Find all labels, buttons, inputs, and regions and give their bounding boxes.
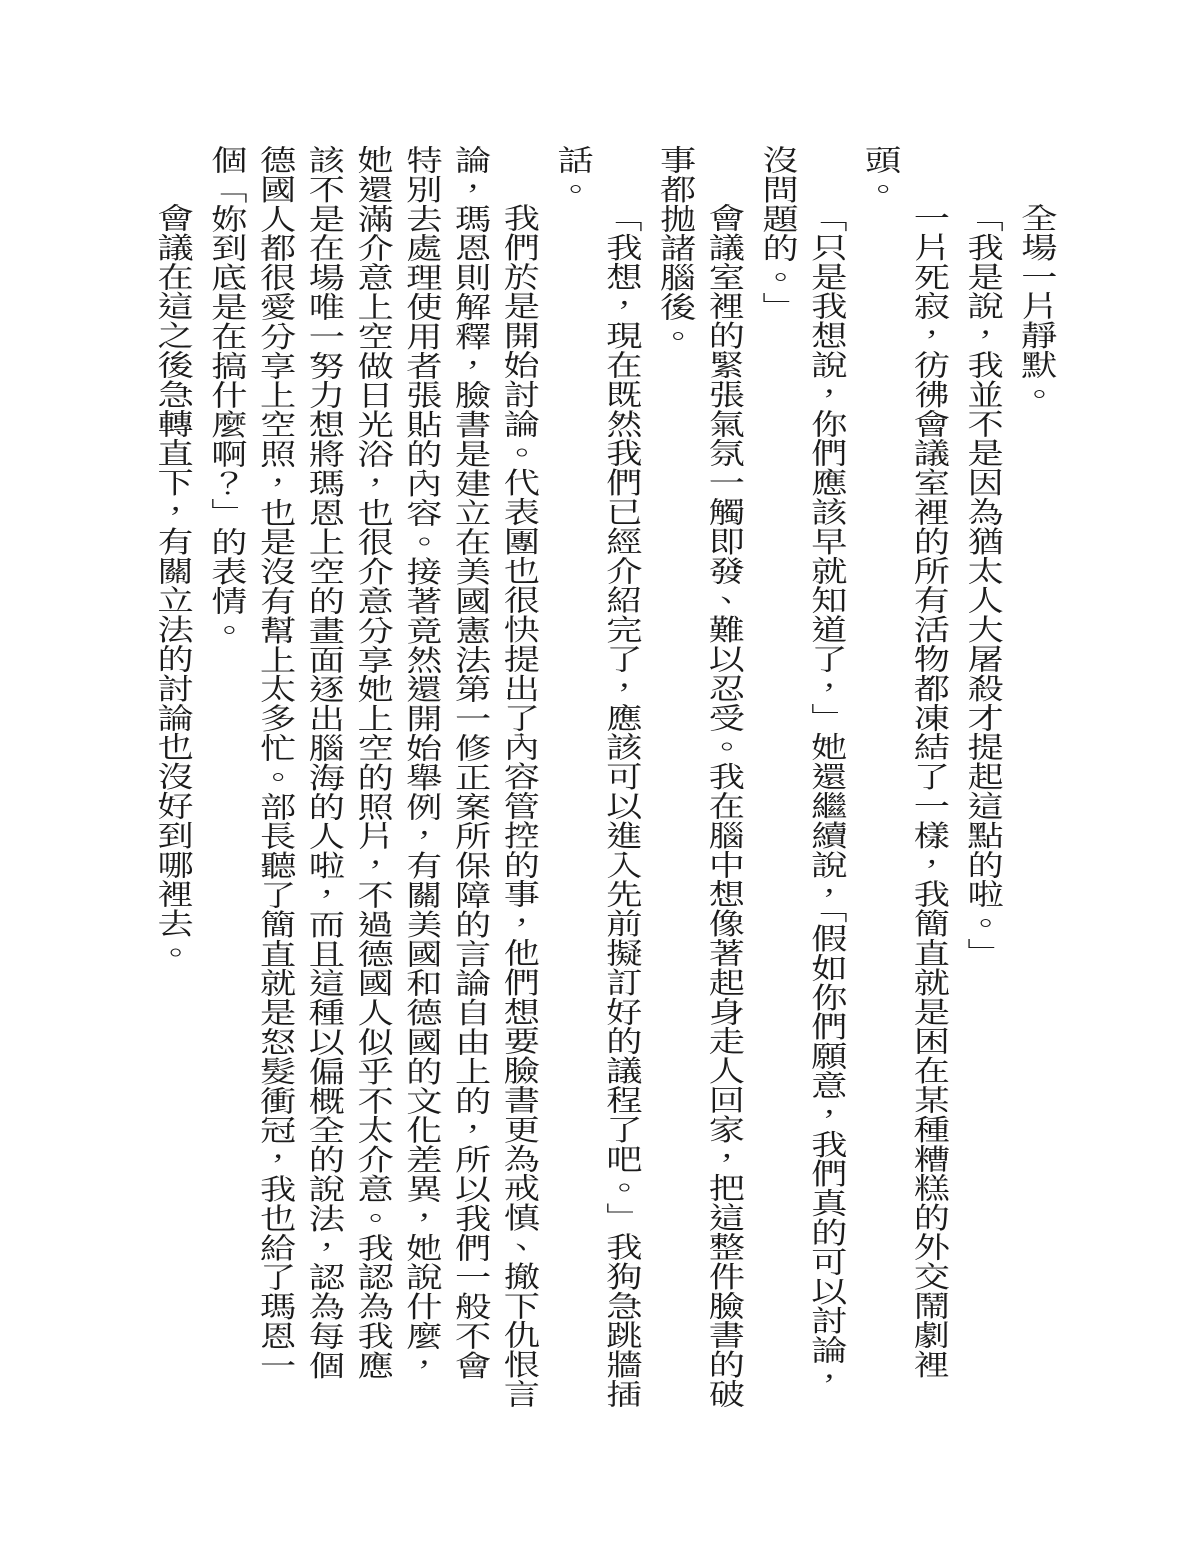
paragraph: 「我是說，我並不是因為猶太人大屠殺才提起這點的啦。」 — [958, 145, 1007, 1409]
vertical-text-flow: 全場一片靜默。 「我是說，我並不是因為猶太人大屠殺才提起這點的啦。」 一片死寂，… — [148, 145, 1061, 1409]
paragraph: 會議在這之後急轉直下，有關立法的討論也沒好到哪裡去。 — [148, 145, 197, 1409]
paragraph: 「我想，現在既然我們已經介紹完了，應該可以進入先前擬訂好的議程了吧。」我狗急跳牆… — [548, 145, 646, 1409]
paragraph: 我們於是開始討論。代表團也很快提出了內容管控的事，他們想要臉書更為戒慎、撤下仇恨… — [201, 145, 542, 1409]
paragraph: 「只是我想說，你們應該早就知道了，」她還繼續說，「假如你們願意，我們真的可以討論… — [753, 145, 851, 1409]
book-page: 全場一片靜默。 「我是說，我並不是因為猶太人大屠殺才提起這點的啦。」 一片死寂，… — [0, 0, 1200, 1553]
paragraph: 一片死寂，彷彿會議室裡的所有活物都凍結了一樣，我簡直就是困在某種糟糕的外交鬧劇裡… — [855, 145, 953, 1409]
paragraph: 會議室裡的緊張氣氛一觸即發、難以忍受。我在腦中想像著起身走人回家，把這整件臉書的… — [650, 145, 748, 1409]
paragraph: 全場一片靜默。 — [1011, 145, 1060, 1409]
